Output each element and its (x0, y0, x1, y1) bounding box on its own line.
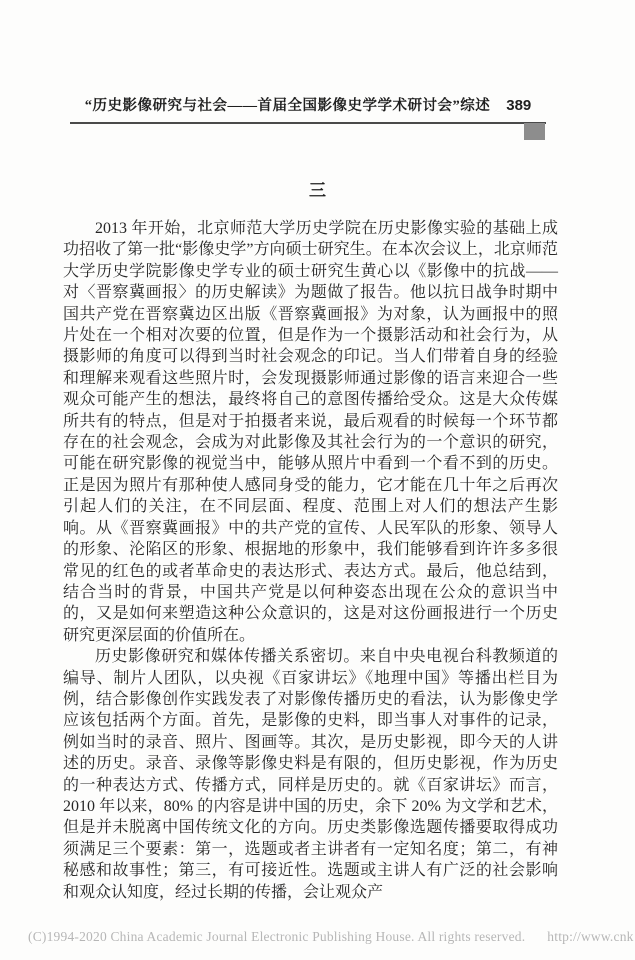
page-footer: (C)1994-2020 China Academic Journal Elec… (28, 929, 635, 945)
article-body: 2013 年开始，北京师范大学历史学院在历史影像实验的基础上成功招收了第一批“影… (63, 218, 558, 903)
running-title: “历史影像研究与社会——首届全国影像史学学术研讨会”综述 (85, 94, 491, 115)
page-number: 389 (506, 97, 531, 114)
section-heading: 三 (0, 176, 635, 201)
paragraph: 2013 年开始，北京师范大学历史学院在历史影像实验的基础上成功招收了第一批“影… (63, 218, 558, 646)
gray-corner-square (524, 123, 545, 140)
copyright-notice: (C)1994-2020 China Academic Journal Elec… (28, 929, 525, 945)
page-header: “历史影像研究与社会——首届全国影像史学学术研讨会”综述 389 (70, 94, 546, 124)
journal-page: “历史影像研究与社会——首届全国影像史学学术研讨会”综述 389 三 2013 … (0, 0, 635, 960)
publisher-url: http://www.cnk (547, 929, 633, 945)
paragraph: 历史影像研究和媒体传播关系密切。来自中央电视台科教频道的编导、制片人团队，以央视… (63, 646, 558, 903)
